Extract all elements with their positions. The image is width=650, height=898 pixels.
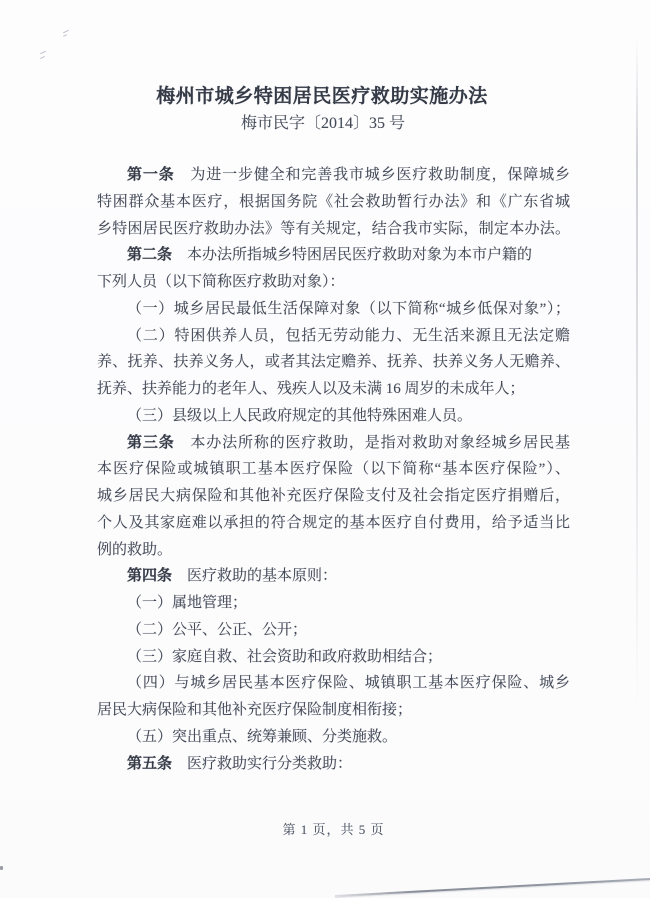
document-line: 第四条 医疗救助的基本原则： (97, 563, 570, 590)
page-number-indicator: 第 1 页，共 5 页 (97, 819, 570, 838)
line-text: 养、抚养、扶养义务人，或者其法定赡养、抚养、扶养义务人无赡养、 (97, 354, 570, 370)
line-text: 乡特困居民医疗救助办法》等有关规定，结合我市实际，制定本办法。 (97, 221, 570, 237)
document-line: 例的救助。 (97, 537, 570, 564)
document-line: 抚养、扶养能力的老年人、残疾人以及未满 16 周岁的未成年人； (97, 376, 570, 403)
line-text: 下列人员（以下简称医疗救助对象）： (97, 274, 345, 290)
scan-speck-artifact (63, 29, 70, 38)
document-line: 城乡居民大病保险和其他补充医疗保险支付及社会指定医疗捐赠后， (97, 483, 570, 510)
line-text: 特困群众基本医疗，根据国务院《社会救助暂行办法》和《广东省城 (97, 194, 570, 210)
document-number: 梅市民字〔2014〕35 号 (0, 110, 646, 133)
document-body: 第一条 为进一步健全和完善我市城乡医疗救助制度，保障城乡特困群众基本医疗，根据国… (97, 162, 570, 777)
line-text: 本办法所称的医疗救助，是指对救助对象经城乡居民基 (175, 435, 570, 451)
line-text: 城乡居民大病保险和其他补充医疗保险支付及社会指定医疗捐赠后， (97, 488, 570, 504)
line-text: 抚养、扶养能力的老年人、残疾人以及未满 16 周岁的未成年人； (97, 381, 525, 397)
document-line: 第一条 为进一步健全和完善我市城乡医疗救助制度，保障城乡 (97, 162, 570, 189)
document-line: 第五条 医疗救助实行分类救助： (97, 751, 570, 778)
document-line: 养、抚养、扶养义务人，或者其法定赡养、抚养、扶养义务人无赡养、 (97, 349, 570, 376)
line-text: 医疗救助的基本原则： (172, 568, 337, 584)
document-line: 特困群众基本医疗，根据国务院《社会救助暂行办法》和《广东省城 (97, 189, 570, 216)
line-text: （五）突出重点、统筹兼顾、分类施救。 (127, 729, 397, 745)
article-number-label: 第四条 (127, 568, 172, 584)
document-line: 下列人员（以下简称医疗救助对象）： (97, 269, 570, 296)
line-text: （一）城乡居民最低生活保障对象（以下简称“城乡低保对象”）； (127, 301, 570, 317)
document-line: 个人及其家庭难以承担的符合规定的基本医疗自付费用，给予适当比 (97, 510, 570, 537)
document-line: （四）与城乡居民基本医疗保险、城镇职工基本医疗保险、城乡 (97, 670, 570, 697)
document-line: （一）城乡居民最低生活保障对象（以下简称“城乡低保对象”）； (97, 296, 570, 323)
line-text: 本办法所指城乡特困居民医疗救助对象为本市户籍的 (172, 247, 532, 263)
page-edge-shadow-right (636, 40, 638, 710)
document-line: （五）突出重点、统筹兼顾、分类施救。 (97, 724, 570, 751)
line-text: （三）家庭自救、社会资助和政府救助相结合； (127, 649, 442, 665)
document-line: （三）县级以上人民政府规定的其他特殊困难人员。 (97, 403, 570, 430)
document-line: 第二条 本办法所指城乡特困居民医疗救助对象为本市户籍的 (97, 242, 570, 269)
article-number-label: 第一条 (127, 167, 175, 183)
document-line: 乡特困居民医疗救助办法》等有关规定，结合我市实际，制定本办法。 (97, 216, 570, 243)
document-line: （一）属地管理； (97, 590, 570, 617)
document-title: 梅州市城乡特困居民医疗救助实施办法 (0, 81, 644, 108)
document-line: 居民大病保险和其他补充医疗保险制度相衔接； (97, 697, 570, 724)
document-line: 本医疗保险或城镇职工基本医疗保险（以下简称“基本医疗保险”）、 (97, 456, 570, 483)
scan-speck-artifact (0, 866, 3, 870)
scan-speck-artifact (40, 49, 47, 60)
line-text: （二）特困供养人员，包括无劳动能力、无生活来源且无法定赡 (127, 328, 570, 344)
article-number-label: 第二条 (127, 247, 172, 263)
line-text: 医疗救助实行分类救助： (172, 756, 352, 772)
line-text: 例的救助。 (97, 542, 172, 558)
line-text: 居民大病保险和其他补充医疗保险制度相衔接； (97, 702, 412, 718)
line-text: 为进一步健全和完善我市城乡医疗救助制度，保障城乡 (175, 167, 570, 183)
line-text: （四）与城乡居民基本医疗保险、城镇职工基本医疗保险、城乡 (127, 675, 570, 691)
article-number-label: 第五条 (127, 756, 172, 772)
line-text: （三）县级以上人民政府规定的其他特殊困难人员。 (127, 408, 472, 424)
document-line: 第三条 本办法所称的医疗救助，是指对救助对象经城乡居民基 (97, 430, 570, 457)
line-text: 个人及其家庭难以承担的符合规定的基本医疗自付费用，给予适当比 (97, 515, 570, 531)
document-line: （二）公平、公正、公开； (97, 617, 570, 644)
document-line: （二）特困供养人员，包括无劳动能力、无生活来源且无法定赡 (97, 323, 570, 350)
line-text: 本医疗保险或城镇职工基本医疗保险（以下简称“基本医疗保险”）、 (97, 461, 570, 477)
line-text: （一）属地管理； (127, 595, 247, 611)
line-text: （二）公平、公正、公开； (127, 622, 307, 638)
article-number-label: 第三条 (127, 435, 175, 451)
document-line: （三）家庭自救、社会资助和政府救助相结合； (97, 644, 570, 671)
page-edge-line-bottom (335, 878, 650, 897)
scanned-document-page: 梅州市城乡特困居民医疗救助实施办法 梅市民字〔2014〕35 号 第一条 为进一… (0, 0, 650, 898)
